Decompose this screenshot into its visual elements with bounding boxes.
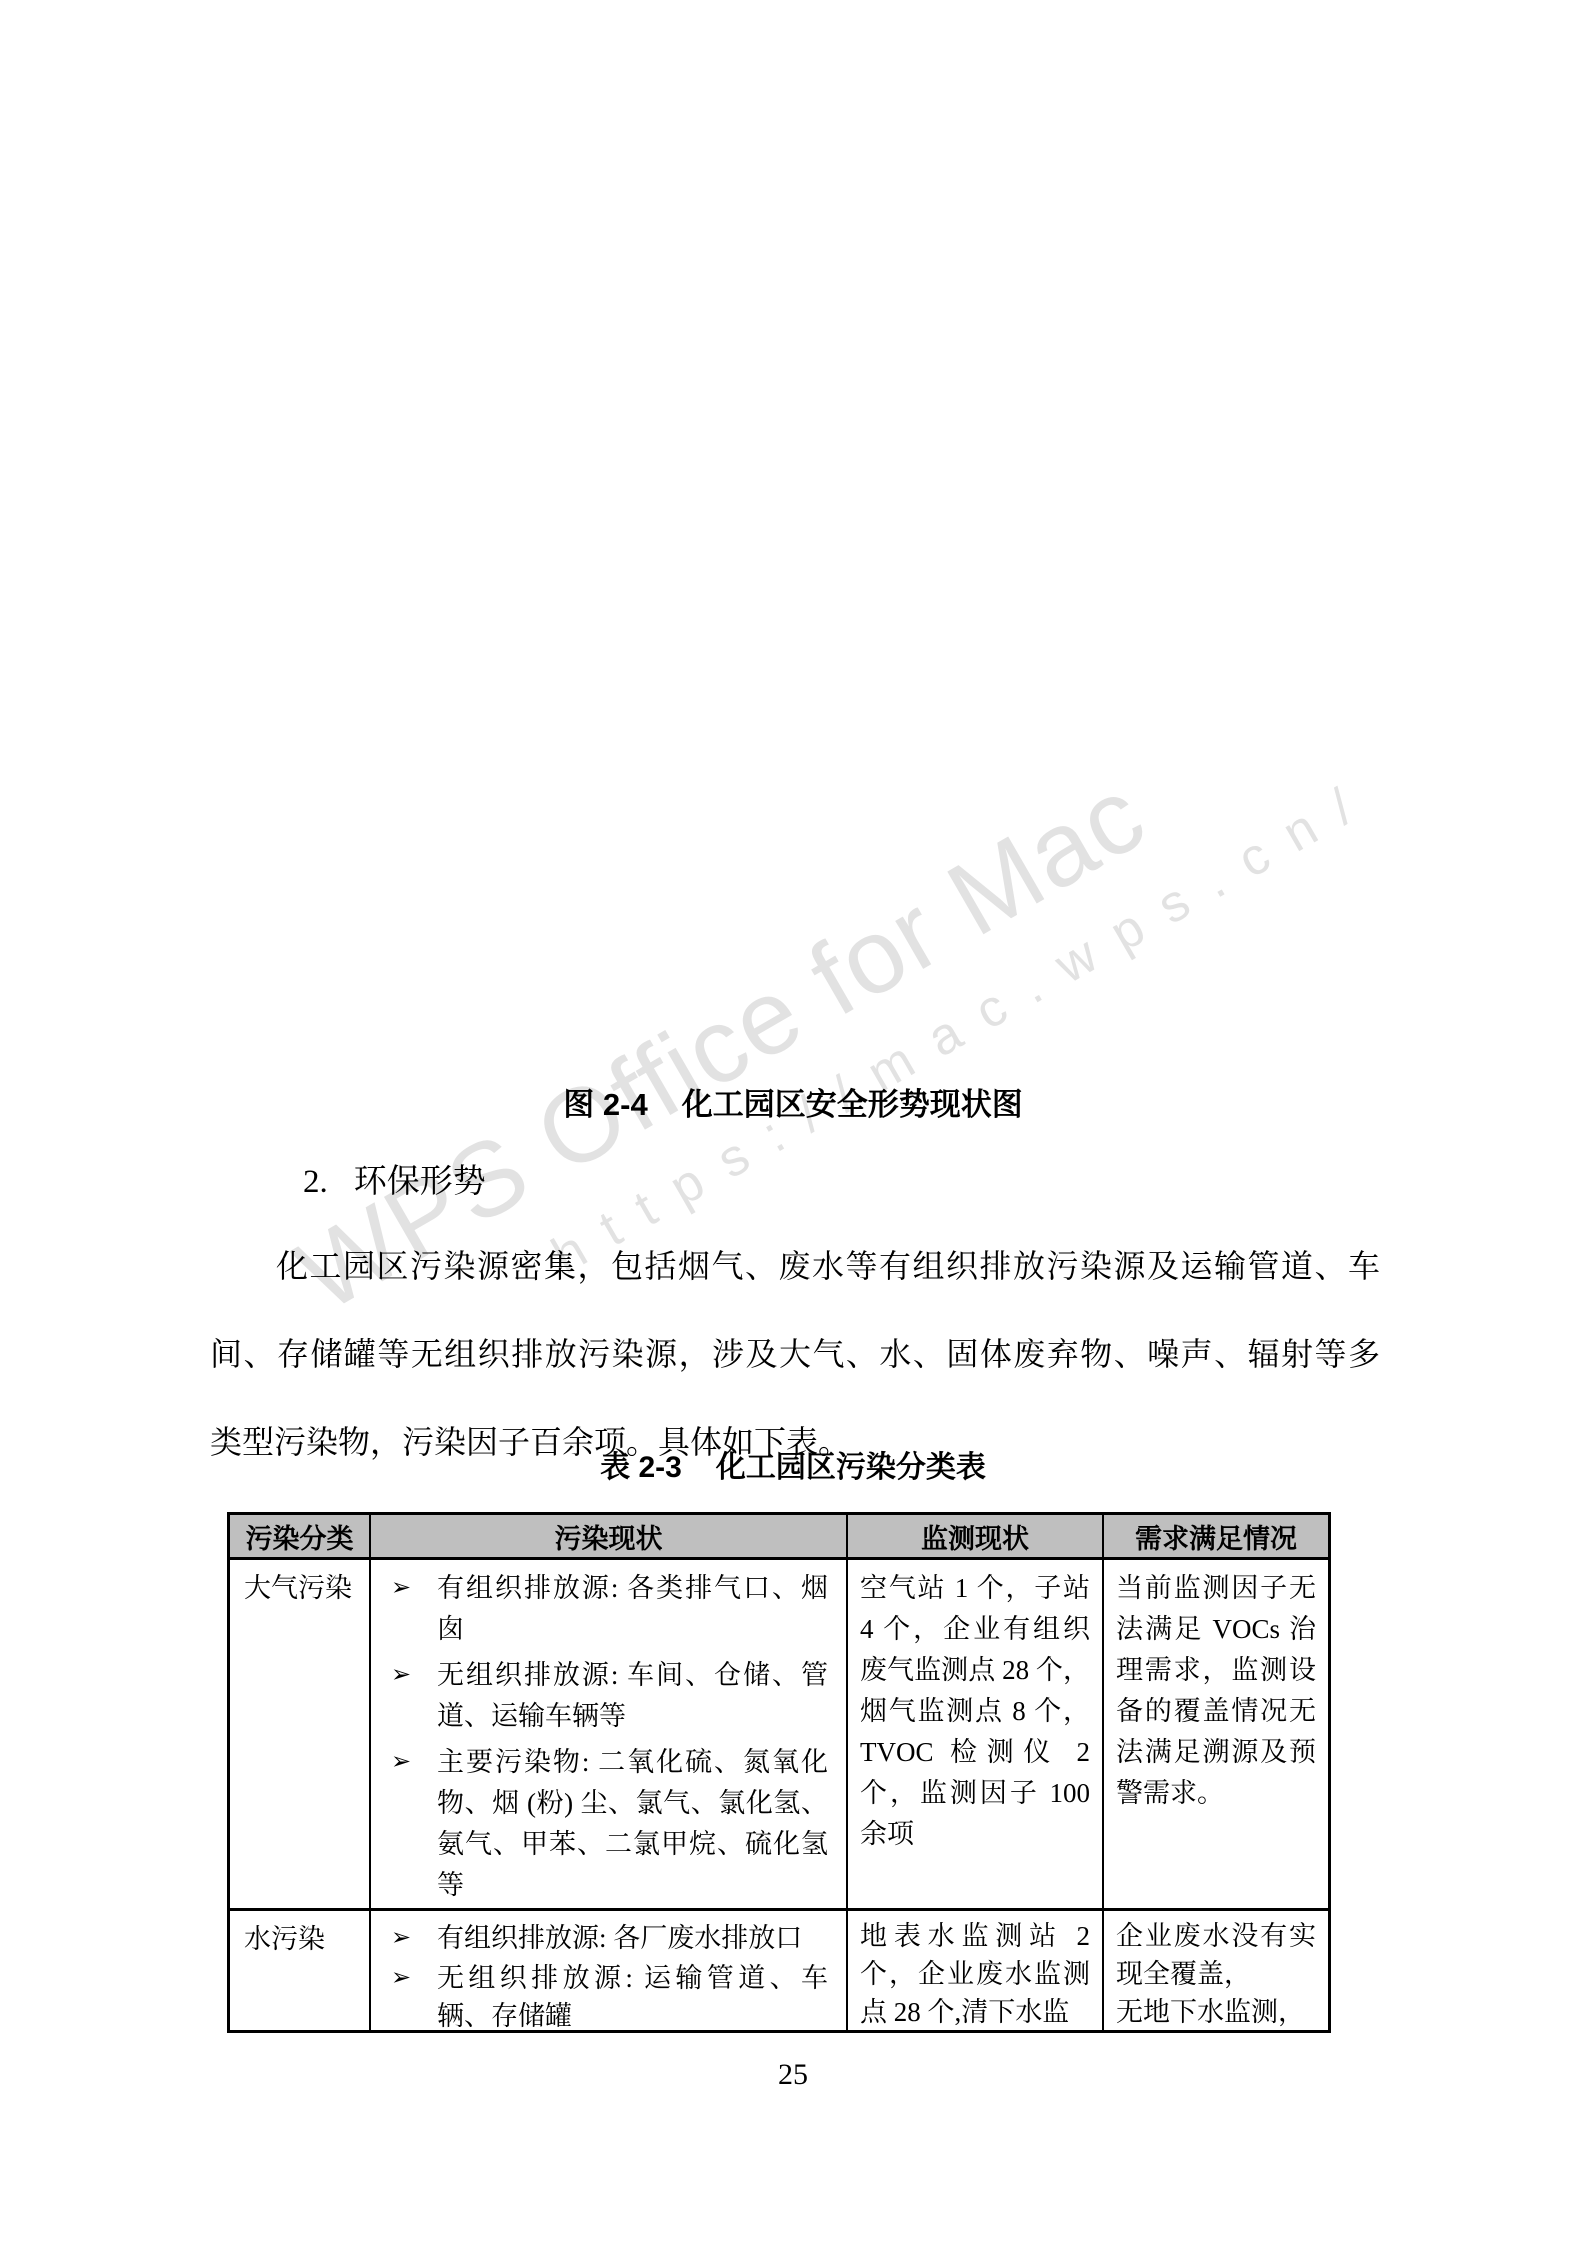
demand-status-text: 企业废水没有实现全覆盖， — [1116, 1917, 1316, 1993]
list-item-text: 主要污染物: 二氧化硫、氮氧化物、烟 (粉) 尘、氯气、氯化氢、氨气、甲苯、二氯… — [437, 1747, 828, 1900]
arrowhead-bullet-icon: ➢ — [391, 1959, 411, 1997]
figure-caption: 图 2-4化工园区安全形势现状图 — [0, 1085, 1586, 1125]
row-category: 水污染 — [230, 1911, 371, 2030]
section-heading: 2.环保形势 — [303, 1160, 486, 1204]
row-pollution-status: ➢有组织排放源: 各厂废水排放口 ➢无组织排放源: 运输管道、车辆、存储罐 — [371, 1911, 848, 2030]
list-item: ➢主要污染物: 二氧化硫、氮氧化物、烟 (粉) 尘、氯气、氯化氢、氨气、甲苯、二… — [371, 1742, 836, 1906]
figure-caption-label: 图 2-4 — [563, 1087, 647, 1122]
list-item-text: 有组织排放源: 各类排气口、烟囱 — [437, 1573, 828, 1644]
list-item-text: 无组织排放源: 运输管道、车辆、存储罐 — [437, 1963, 828, 2030]
demand-status-text: 无地下水监测， — [1116, 1993, 1316, 2030]
row-pollution-status: ➢有组织排放源: 各类排气口、烟囱 ➢无组织排放源: 车间、仓储、管道、运输车辆… — [371, 1560, 848, 1908]
list-item: ➢无组织排放源: 车间、仓储、管道、运输车辆等 — [371, 1655, 836, 1737]
row-demand-status: 企业废水没有实现全覆盖， 无地下水监测， — [1104, 1911, 1328, 2030]
arrowhead-bullet-icon: ➢ — [391, 1742, 411, 1783]
column-header-demand-status: 需求满足情况 — [1104, 1515, 1328, 1557]
table-caption: 表 2-3化工园区污染分类表 — [0, 1448, 1586, 1488]
row-category: 大气污染 — [230, 1560, 371, 1908]
list-item: ➢有组织排放源: 各类排气口、烟囱 — [371, 1568, 836, 1650]
arrowhead-bullet-icon: ➢ — [391, 1568, 411, 1609]
table-row: 大气污染 ➢有组织排放源: 各类排气口、烟囱 ➢无组织排放源: 车间、仓储、管道… — [230, 1560, 1328, 1908]
list-item: ➢有组织排放源: 各厂废水排放口 — [371, 1919, 836, 1957]
paragraph-line: 化工园区污染源密集，包括烟气、废水等有组织排放污染源及运输管道、车 — [210, 1222, 1380, 1310]
column-header-category: 污染分类 — [230, 1515, 371, 1557]
list-item: ➢无组织排放源: 运输管道、车辆、存储罐 — [371, 1959, 836, 2030]
table-header-row: 污染分类 污染现状 监测现状 需求满足情况 — [230, 1515, 1328, 1560]
list-item-text: 有组织排放源: 各厂废水排放口 — [437, 1923, 802, 1953]
row-monitoring-status: 空气站 1 个，子站 4 个，企业有组织废气监测点 28 个，烟气监测点 8 个… — [848, 1560, 1104, 1908]
row-monitoring-status: 地表水监测站 2 个，企业废水监测点 28 个,清下水监 — [848, 1911, 1104, 2030]
table-row: 水污染 ➢有组织排放源: 各厂废水排放口 ➢无组织排放源: 运输管道、车辆、存储… — [230, 1908, 1328, 2030]
section-number: 2. — [303, 1164, 328, 1200]
row-demand-status: 当前监测因子无法满足 VOCs 治理需求，监测设备的覆盖情况无法满足溯源及预警需… — [1104, 1560, 1328, 1908]
arrowhead-bullet-icon: ➢ — [391, 1655, 411, 1696]
pollution-classification-table: 污染分类 污染现状 监测现状 需求满足情况 大气污染 ➢有组织排放源: 各类排气… — [227, 1512, 1331, 2033]
figure-caption-title: 化工园区安全形势现状图 — [682, 1087, 1023, 1122]
document-page: WPS Office for Mac https://mac.wps.cn/ 图… — [0, 0, 1586, 2244]
table-caption-label: 表 2-3 — [600, 1451, 682, 1484]
arrowhead-bullet-icon: ➢ — [391, 1919, 411, 1957]
column-header-pollution-status: 污染现状 — [371, 1515, 848, 1557]
body-paragraph: 化工园区污染源密集，包括烟气、废水等有组织排放污染源及运输管道、车 间、存储罐等… — [210, 1222, 1380, 1486]
section-title: 环保形势 — [354, 1164, 486, 1200]
table-caption-title: 化工园区污染分类表 — [716, 1451, 986, 1484]
demand-status-text: 当前监测因子无法满足 VOCs 治理需求，监测设备的覆盖情况无法满足溯源及预警需… — [1116, 1568, 1316, 1814]
page-number: 25 — [0, 2055, 1586, 2095]
paragraph-line: 间、存储罐等无组织排放污染源，涉及大气、水、固体废弃物、噪声、辐射等多 — [210, 1310, 1380, 1398]
list-item-text: 无组织排放源: 车间、仓储、管道、运输车辆等 — [437, 1660, 828, 1731]
column-header-monitoring-status: 监测现状 — [848, 1515, 1104, 1557]
